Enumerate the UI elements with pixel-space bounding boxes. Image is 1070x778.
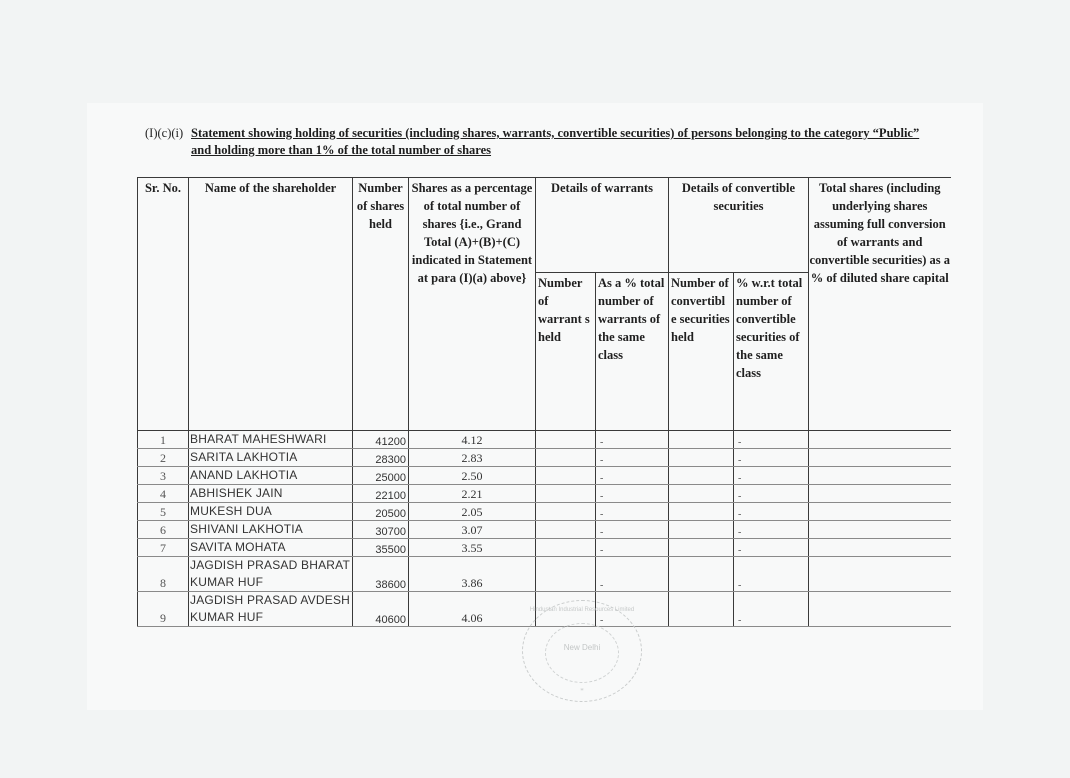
cell-shares-pct: 2.50 [409, 467, 536, 485]
cell-convertible-pct: - [734, 557, 809, 592]
cell-shares-held: 22100 [353, 485, 409, 503]
cell-shares-pct: 4.06 [409, 592, 536, 627]
cell-total-diluted [809, 485, 951, 503]
table-row: 7SAVITA MOHATA355003.55-- [138, 539, 951, 557]
cell-convertible-number [669, 503, 734, 521]
table-row: 6SHIVANI LAKHOTIA307003.07-- [138, 521, 951, 539]
cell-sr-no: 9 [138, 592, 189, 627]
cell-warrants-number [536, 449, 596, 467]
cell-warrants-pct: - [596, 449, 669, 467]
cell-convertible-number [669, 431, 734, 449]
cell-shares-pct: 4.12 [409, 431, 536, 449]
cell-name: MUKESH DUA [189, 503, 353, 521]
table-row: 1BHARAT MAHESHWARI412004.12-- [138, 431, 951, 449]
cell-convertible-number [669, 449, 734, 467]
cell-warrants-number [536, 431, 596, 449]
cell-name: SAVITA MOHATA [189, 539, 353, 557]
cell-warrants-pct: - [596, 539, 669, 557]
cell-total-diluted [809, 557, 951, 592]
header-sr-no: Sr. No. [138, 178, 189, 431]
cell-convertible-pct: - [734, 539, 809, 557]
table-body: 1BHARAT MAHESHWARI412004.12--2SARITA LAK… [138, 431, 951, 627]
seal-city: New Delhi [523, 643, 641, 652]
table-row: 8JAGDISH PRASAD BHARAT KUMAR HUF386003.8… [138, 557, 951, 592]
cell-shares-held: 20500 [353, 503, 409, 521]
cell-convertible-number [669, 592, 734, 627]
cell-total-diluted [809, 431, 951, 449]
cell-name: JAGDISH PRASAD BHARAT KUMAR HUF [189, 557, 353, 592]
cell-name: ANAND LAKHOTIA [189, 467, 353, 485]
cell-shares-pct: 2.21 [409, 485, 536, 503]
cell-total-diluted [809, 503, 951, 521]
cell-convertible-pct: - [734, 431, 809, 449]
cell-sr-no: 7 [138, 539, 189, 557]
table-row: 5MUKESH DUA205002.05-- [138, 503, 951, 521]
seal-ring-text: Hindustan Industrial Resources Limited [523, 607, 641, 613]
cell-convertible-number [669, 521, 734, 539]
cell-name: SARITA LAKHOTIA [189, 449, 353, 467]
cell-warrants-pct: - [596, 557, 669, 592]
cell-shares-pct: 3.07 [409, 521, 536, 539]
header-warrants-number: Number of warrant s held [536, 273, 596, 431]
header-shares-held: Number of shares held [353, 178, 409, 431]
table-row: 3ANAND LAKHOTIA250002.50-- [138, 467, 951, 485]
company-seal: Hindustan Industrial Resources Limited N… [522, 600, 642, 702]
header-convertible-group: Details of convertible securities [669, 178, 809, 273]
seal-inner-ring [545, 623, 619, 683]
cell-warrants-number [536, 467, 596, 485]
cell-total-diluted [809, 467, 951, 485]
cell-sr-no: 6 [138, 521, 189, 539]
header-shares-pct: Shares as a percentage of total number o… [409, 178, 536, 431]
cell-convertible-number [669, 557, 734, 592]
cell-convertible-number [669, 539, 734, 557]
seal-star: * [523, 687, 641, 695]
cell-sr-no: 3 [138, 467, 189, 485]
cell-convertible-pct: - [734, 485, 809, 503]
cell-warrants-number [536, 485, 596, 503]
cell-sr-no: 2 [138, 449, 189, 467]
cell-warrants-number [536, 521, 596, 539]
cell-convertible-pct: - [734, 467, 809, 485]
cell-name: BHARAT MAHESHWARI [189, 431, 353, 449]
header-convertible-number: Number of convertibl e securities held [669, 273, 734, 431]
cell-sr-no: 1 [138, 431, 189, 449]
cell-name: SHIVANI LAKHOTIA [189, 521, 353, 539]
cell-shares-held: 30700 [353, 521, 409, 539]
cell-shares-held: 41200 [353, 431, 409, 449]
cell-convertible-pct: - [734, 592, 809, 627]
cell-shares-held: 35500 [353, 539, 409, 557]
cell-sr-no: 5 [138, 503, 189, 521]
cell-warrants-pct: - [596, 503, 669, 521]
cell-warrants-number [536, 557, 596, 592]
cell-shares-pct: 2.83 [409, 449, 536, 467]
header-name: Name of the shareholder [189, 178, 353, 431]
cell-shares-pct: 2.05 [409, 503, 536, 521]
table-row: 4ABHISHEK JAIN221002.21-- [138, 485, 951, 503]
cell-convertible-pct: - [734, 449, 809, 467]
header-warrants-group: Details of warrants [536, 178, 669, 273]
cell-sr-no: 8 [138, 557, 189, 592]
cell-sr-no: 4 [138, 485, 189, 503]
cell-shares-held: 25000 [353, 467, 409, 485]
cell-name: JAGDISH PRASAD AVDESH KUMAR HUF [189, 592, 353, 627]
cell-shares-held: 28300 [353, 449, 409, 467]
table-row: 2SARITA LAKHOTIA283002.83-- [138, 449, 951, 467]
cell-warrants-number [536, 503, 596, 521]
cell-warrants-pct: - [596, 485, 669, 503]
header-warrants-pct: As a % total number of warrants of the s… [596, 273, 669, 431]
cell-convertible-pct: - [734, 503, 809, 521]
statement-title: Statement showing holding of securities … [191, 125, 921, 159]
cell-total-diluted [809, 539, 951, 557]
cell-total-diluted [809, 592, 951, 627]
cell-shares-held: 40600 [353, 592, 409, 627]
cell-total-diluted [809, 449, 951, 467]
cell-warrants-pct: - [596, 431, 669, 449]
header-convertible-pct: % w.r.t total number of convertible secu… [734, 273, 809, 431]
cell-shares-pct: 3.55 [409, 539, 536, 557]
shareholding-table: Sr. No. Name of the shareholder Number o… [137, 177, 951, 627]
cell-convertible-number [669, 467, 734, 485]
header-total-diluted: Total shares (including underlying share… [809, 178, 951, 431]
cell-name: ABHISHEK JAIN [189, 485, 353, 503]
cell-warrants-pct: - [596, 467, 669, 485]
cell-shares-held: 38600 [353, 557, 409, 592]
cell-warrants-number [536, 539, 596, 557]
cell-warrants-pct: - [596, 521, 669, 539]
section-number: (I)(c)(i) [145, 125, 183, 142]
cell-total-diluted [809, 521, 951, 539]
cell-convertible-pct: - [734, 521, 809, 539]
cell-convertible-number [669, 485, 734, 503]
cell-shares-pct: 3.86 [409, 557, 536, 592]
